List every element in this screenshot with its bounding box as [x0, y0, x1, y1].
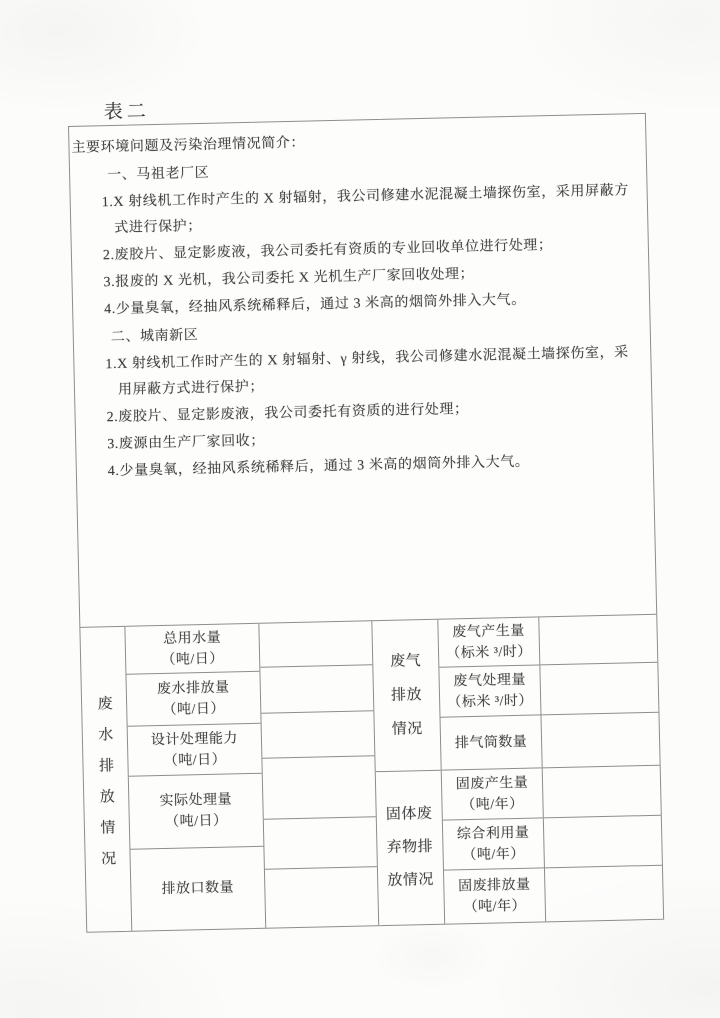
value-cell: [545, 866, 663, 922]
document-title: 表二: [103, 96, 150, 124]
emissions-table: 废水排放情况 总用水量 （吨/日） 废水排放量 （吨/日） 设计处理能力 （吨/…: [80, 614, 663, 932]
row-label-cell: 固废排放量 （吨/年）: [444, 868, 545, 923]
value-cell: [260, 665, 373, 714]
gas-group-label: 废气排放情况: [388, 644, 424, 747]
row-label: 废水排放量: [157, 677, 230, 700]
row-label: 废气处理量: [453, 669, 526, 692]
wastewater-group-label: 废水排放情况: [92, 627, 119, 881]
row-label: 实际处理量: [159, 789, 232, 812]
value-cell: [544, 816, 662, 869]
value-cell: [543, 766, 661, 819]
summary-text-area: 主要环境问题及污染治理情况简介： 一、马祖老厂区 1.X 射线机工作时产生的 X…: [69, 114, 656, 627]
row-label-cell: 排气筒数量: [441, 715, 542, 770]
row-label: 废气产生量: [452, 620, 525, 643]
row-unit: （吨/年）: [461, 793, 524, 815]
value-cell: [261, 711, 374, 759]
row-label-cell: 综合利用量 （吨/年）: [443, 818, 544, 870]
wastewater-value-column: [259, 621, 379, 927]
row-unit: （吨/年）: [463, 895, 526, 917]
right-value-column: [539, 615, 663, 922]
wastewater-label-column: 总用水量 （吨/日） 废水排放量 （吨/日） 设计处理能力 （吨/日） 实际处理…: [125, 624, 266, 931]
row-label: 排气筒数量: [455, 731, 528, 754]
value-cell: [541, 713, 659, 769]
row-unit: （吨/年）: [462, 843, 525, 865]
row-label-cell: 排放口数量: [130, 847, 265, 931]
row-label: 总用水量: [163, 627, 221, 649]
form-border-box: 主要环境问题及污染治理情况简介： 一、马祖老厂区 1.X 射线机工作时产生的 X…: [68, 113, 664, 933]
solid-group-label: 固体废弃物排放情况: [384, 798, 435, 898]
value-cell: [265, 867, 378, 928]
row-label-cell: 设计处理能力 （吨/日）: [128, 724, 262, 777]
wastewater-group-column: 废水排放情况: [80, 627, 132, 932]
row-label: 排放口数量: [161, 877, 234, 900]
value-cell: [259, 621, 372, 668]
scanned-page: { "page": { "title": "表二" }, "colors": {…: [0, 0, 720, 1018]
row-label-cell: 实际处理量 （吨/日）: [129, 774, 264, 850]
value-cell: [539, 615, 657, 666]
row-label: 固废产生量: [456, 772, 529, 795]
value-cell: [262, 756, 375, 820]
row-label-cell: 固废产生量 （吨/年）: [442, 768, 543, 820]
right-group-column: 废气排放情况 固体废弃物排放情况: [372, 620, 445, 925]
value-cell: [540, 663, 658, 716]
row-unit: （吨/日）: [165, 811, 228, 833]
solid-group-cell: 固体废弃物排放情况: [376, 771, 444, 925]
row-label-cell: 废气产生量 （标米 ³/时）: [438, 617, 539, 667]
row-label: 设计处理能力: [151, 728, 238, 751]
row-unit: （吨/日）: [162, 698, 225, 720]
row-unit: （吨/日）: [161, 648, 224, 670]
row-unit: （吨/日）: [163, 749, 226, 771]
row-unit: （标米 ³/时）: [447, 690, 533, 713]
right-label-column: 废气产生量 （标米 ³/时） 废气处理量 （标米 ³/时） 排气筒数量 固废产生…: [438, 617, 546, 923]
row-label: 综合利用量: [457, 822, 530, 845]
row-label-cell: 废气处理量 （标米 ³/时）: [439, 665, 540, 717]
document-body: 表二 主要环境问题及污染治理情况简介： 一、马祖老厂区 1.X 射线机工作时产生…: [68, 113, 664, 933]
value-cell: [264, 817, 377, 870]
row-label: 固废排放量: [458, 874, 531, 897]
row-unit: （标米 ³/时）: [446, 641, 532, 664]
row-label-cell: 废水排放量 （吨/日）: [126, 672, 260, 727]
gas-group-cell: 废气排放情况: [372, 620, 440, 772]
row-label-cell: 总用水量 （吨/日）: [125, 624, 259, 675]
